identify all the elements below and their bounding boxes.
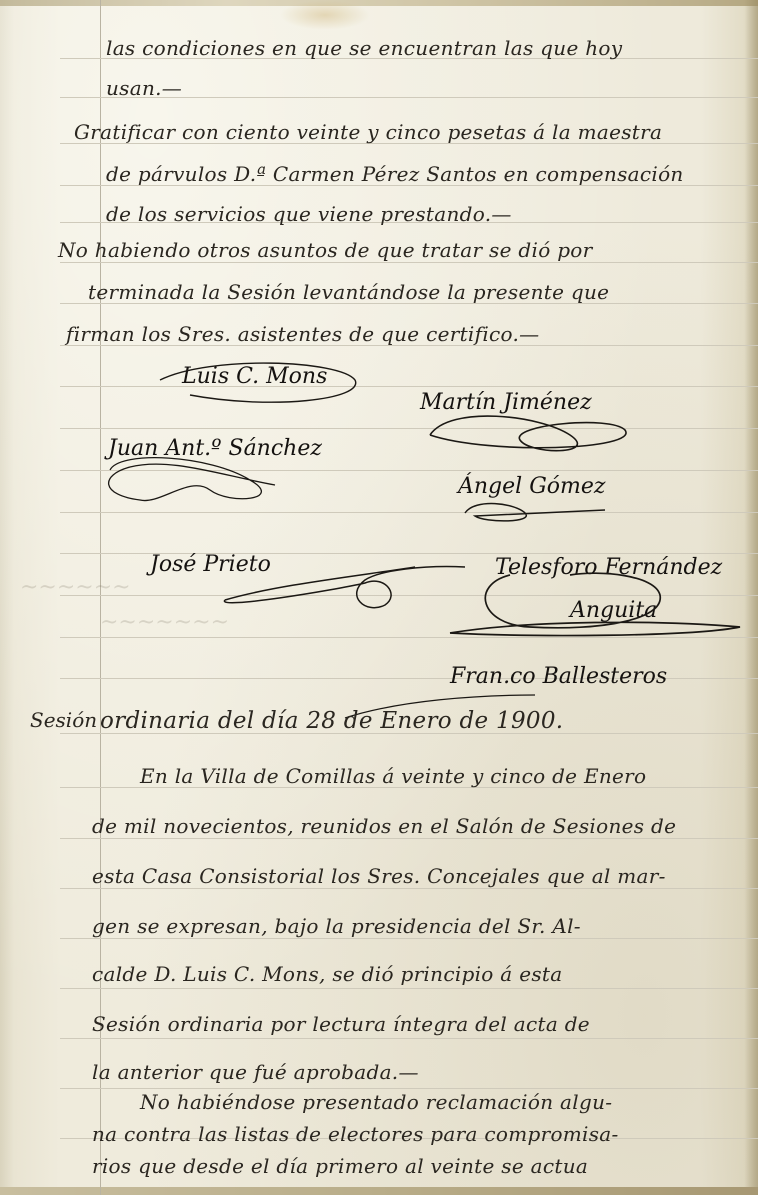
text-line: las condiciones en que se encuentran las… xyxy=(106,36,622,60)
text-line: terminada la Sesión levantándose la pres… xyxy=(88,280,609,304)
text-line: gen se expresan, bajo la presidencia del… xyxy=(92,914,581,938)
signature: Fran.co Ballesteros xyxy=(450,664,667,689)
margin-label: Sesión xyxy=(30,708,97,732)
bleed-through-text: ~~~~~~~ xyxy=(100,610,229,635)
water-stain xyxy=(280,0,370,30)
text-line: de los servicios que viene prestando.— xyxy=(106,202,512,226)
text-line: En la Villa de Comillas á veinte y cinco… xyxy=(140,764,646,788)
ruled-line xyxy=(60,838,758,839)
signature-flourish xyxy=(100,445,290,505)
ruled-line xyxy=(60,1088,758,1089)
ruled-line xyxy=(60,988,758,989)
bleed-through-text: ~~~~~~ xyxy=(20,575,131,600)
ruled-line xyxy=(60,428,758,429)
text-line: usan.— xyxy=(106,76,182,100)
text-line: calde D. Luis C. Mons, se dió principio … xyxy=(92,962,562,986)
ruled-line xyxy=(60,1038,758,1039)
ruled-line xyxy=(60,512,758,513)
text-line: de párvulos D.ª Carmen Pérez Santos en c… xyxy=(106,162,684,186)
session-heading: ordinaria del día 28 de Enero de 1900. xyxy=(100,708,563,734)
signature-flourish xyxy=(150,355,380,415)
text-line: rios que desde el día primero al veinte … xyxy=(92,1154,588,1178)
signature-flourish xyxy=(430,565,750,645)
text-line: No habiéndose presentado reclamación alg… xyxy=(140,1090,612,1114)
text-line: firman los Sres. asistentes de que certi… xyxy=(66,322,539,346)
text-line: Sesión ordinaria por lectura íntegra del… xyxy=(92,1012,590,1036)
signature-flourish xyxy=(410,410,640,460)
ruled-line xyxy=(60,262,758,263)
text-line: la anterior que fué aprobada.— xyxy=(92,1060,419,1084)
text-line: No habiendo otros asuntos de que tratar … xyxy=(58,238,593,262)
signature-flourish xyxy=(455,498,615,528)
text-line: na contra las listas de electores para c… xyxy=(92,1122,619,1146)
ruled-line xyxy=(60,938,758,939)
text-line: esta Casa Consistorial los Sres. Conceja… xyxy=(92,864,666,888)
manuscript-page: ~~~~~~ ~~~~~~~ las condiciones en que se… xyxy=(0,0,758,1195)
page-top-edge xyxy=(0,0,758,6)
ruled-line xyxy=(60,888,758,889)
signature: Ángel Gómez xyxy=(458,474,605,499)
text-line: Gratificar con ciento veinte y cinco pes… xyxy=(74,120,662,144)
text-line: de mil novecientos, reunidos en el Salón… xyxy=(92,814,676,838)
page-bottom-edge xyxy=(0,1187,758,1195)
